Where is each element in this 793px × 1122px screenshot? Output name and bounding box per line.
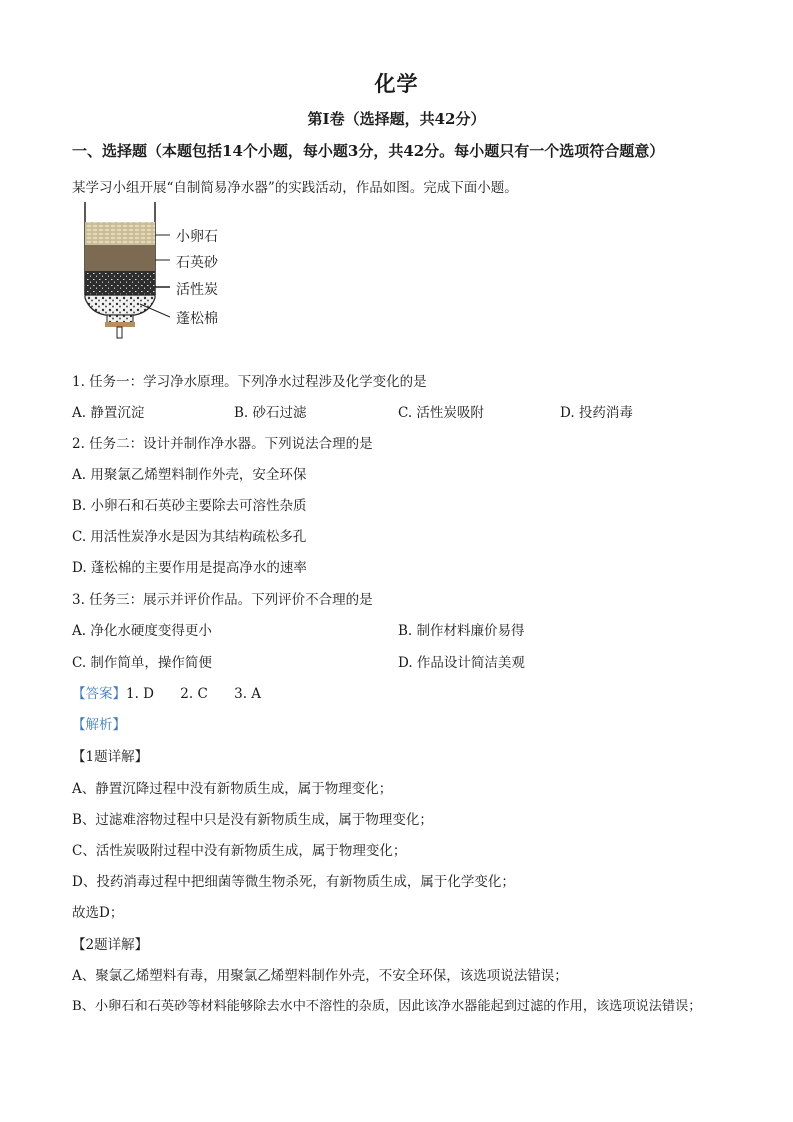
q3-option-b: B. 制作材料廉价易得 (398, 619, 525, 639)
q3-option-c: C. 制作简单，操作简便 (72, 651, 212, 671)
q1-detail-b: B、过滤难溶物过程中只是没有新物质生成，属于物理变化； (72, 808, 433, 828)
q2-detail-header: 【2题详解】 (72, 933, 148, 953)
q1-option-a: A. 静置沉淀 (72, 401, 144, 421)
intro-text: 某学习小组开展“自制简易净水器”的实践活动，作品如图。完成下面小题。 (72, 176, 518, 196)
q2-option-a: A. 用聚氯乙烯塑料制作外壳，安全环保 (72, 463, 306, 483)
analysis-label: 【解析】 (72, 713, 126, 733)
answer-3: 3. A (234, 686, 261, 702)
q1-option-b: B. 砂石过滤 (234, 401, 307, 421)
question-3-stem: 3. 任务三：展示并评价作品。下列评价不合理的是 (72, 588, 373, 608)
page-title: 化学 (0, 68, 793, 98)
label-activated-carbon: 活性炭 (176, 279, 218, 299)
q2-option-b: B. 小卵石和石英砂主要除去可溶性杂质 (72, 494, 307, 514)
question-1-stem: 1. 任务一：学习净水原理。下列净水过程涉及化学变化的是 (72, 370, 427, 390)
water-purifier-figure: 小卵石 石英砂 活性炭 蓬松棉 (80, 200, 240, 340)
q1-option-c: C. 活性炭吸附 (398, 401, 484, 421)
q3-option-a: A. 净化水硬度变得更小 (72, 619, 212, 639)
label-quartz-sand: 石英砂 (176, 252, 218, 272)
answer-label: 【答案】 (72, 686, 126, 702)
q1-detail-c: C、活性炭吸附过程中没有新物质生成，属于物理变化； (72, 839, 406, 859)
answer-2: 2. C (180, 686, 208, 702)
q2-detail-a: A、聚氯乙烯塑料有毒，用聚氯乙烯塑料制作外壳，不安全环保，该选项说法错误； (72, 964, 568, 984)
label-pebble: 小卵石 (176, 226, 218, 246)
label-cotton: 蓬松棉 (176, 308, 218, 328)
answer-1: 1. D (126, 686, 154, 702)
question-2-stem: 2. 任务二：设计并制作净水器。下列说法合理的是 (72, 432, 373, 452)
q1-conclusion: 故选D； (72, 901, 123, 921)
q1-detail-d: D、投药消毒过程中把细菌等微生物杀死，有新物质生成，属于化学变化； (72, 870, 515, 890)
part-title: 第I卷（选择题，共42分） (0, 108, 793, 129)
q1-option-d: D. 投药消毒 (560, 401, 633, 421)
q2-detail-b: B、小卵石和石英砂等材料能够除去水中不溶性的杂质，因此该净水器能起到过滤的作用，… (72, 995, 702, 1014)
q2-option-d: D. 蓬松棉的主要作用是提高净水的速率 (72, 556, 307, 576)
document-page: 化学 第I卷（选择题，共42分） 一、选择题（本题包括14个小题，每小题3分，共… (0, 0, 793, 1122)
q2-option-c: C. 用活性炭净水是因为其结构疏松多孔 (72, 525, 306, 545)
answer-row: 【答案】1. D 2. C 3. A (72, 682, 261, 702)
q3-option-d: D. 作品设计简洁美观 (398, 651, 525, 671)
section-heading: 一、选择题（本题包括14个小题，每小题3分，共42分。每小题只有一个选项符合题意… (72, 140, 664, 161)
q1-detail-header: 【1题详解】 (72, 745, 148, 765)
q1-detail-a: A、静置沉降过程中没有新物质生成，属于物理变化； (72, 777, 392, 797)
